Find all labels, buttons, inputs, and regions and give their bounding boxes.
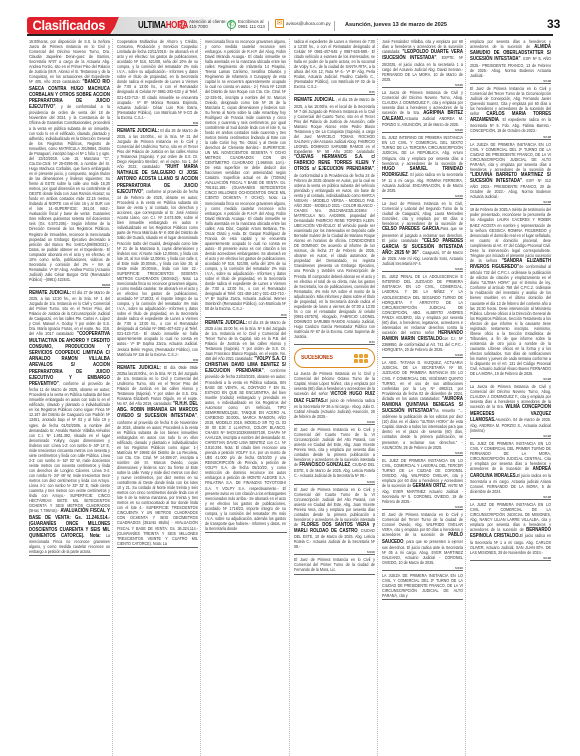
- notice-code: [205, 532, 286, 533]
- notice-code: S/198: [470, 556, 551, 561]
- column-1: 15:00horas, por disposición de S.S. la S…: [29, 39, 113, 756]
- notice-text: La Juez de Primera Instancia en lo Civil…: [382, 201, 463, 226]
- notice-text: EL JUEZ INTERINO DE PRIMERA INSTANCIA EN…: [382, 135, 463, 165]
- notice-code: S/198: [382, 505, 463, 510]
- legal-notice: REMATE JUDICIAL: El día 26 de Marzo de 2…: [117, 128, 198, 358]
- legal-notice: El Juez de Primera Instancia en lo Civil…: [294, 487, 375, 551]
- legal-notice: LA JUEZ DE PRIMERA INSTANCIA EN LO CIVIL…: [470, 502, 551, 556]
- notice-code: S/198: [294, 480, 375, 485]
- notice-text: ha resuelto "... ordénese la publicación…: [382, 408, 463, 449]
- notice-title: GERMAN ORTIZ: [412, 483, 445, 489]
- notice-text: El Juez de Primera Instancia en lo Civil…: [294, 487, 375, 527]
- notice-code: R30: [117, 121, 198, 126]
- legal-notice: El Juez de Primera Instancia en lo Civil…: [294, 557, 375, 573]
- page-number: 33: [547, 17, 560, 31]
- notice-text: LA JUEZA DE PRIMERA INSTANCIA EN LO CIVI…: [382, 573, 463, 598]
- notice-title: FRANCISCO GONZALEZ: [299, 462, 350, 468]
- legal-notice: La Jueza de Primera Instancia en lo Civi…: [294, 371, 375, 420]
- notice-code: R30: [294, 340, 375, 345]
- notice-code: S/198: [382, 353, 463, 358]
- classifieds-columns: 15:00horas, por disposición de S.S. la S…: [29, 39, 553, 756]
- legal-notice: LA JUEZA DE PRIMERA INSTANCIA EN LO CIVI…: [470, 142, 551, 201]
- logo-ultima: ULTIMA: [138, 20, 166, 31]
- legal-notice: El Juez de Primera Instancia en lo Civil…: [382, 512, 463, 566]
- legal-notice: emplaza por sesenta días a herederos y a…: [470, 39, 551, 79]
- legal-notice: El Juez de Primera Instancia en lo Civil…: [470, 86, 551, 135]
- contact-phone: ✆ Atención al cliente:415 7000: [178, 19, 227, 29]
- column-6: emplaza por sesenta días a herederos y a…: [470, 39, 553, 756]
- notice-text: 19 de Febrero de 2025 A mérito de testim…: [470, 207, 551, 262]
- notice-text: LA ABG. TATIANA D. VAZQUEZ, ACTUARIA JUD…: [382, 360, 463, 400]
- notice-text: El día 24 de Marzo de 2025 a las 15:00 h…: [205, 320, 286, 361]
- notice-code: S/198: [382, 451, 463, 456]
- notice-code: S/198: [382, 83, 463, 88]
- column-3: mencionada finca no reconoce gravamen al…: [205, 39, 289, 756]
- notice-code: [294, 574, 375, 575]
- notice-text: Cooperativa Multiactiva de Ahorro y Créd…: [117, 39, 198, 120]
- legal-notice: La Jueza de Primera Instancia de Civil y…: [470, 384, 551, 434]
- legal-notice: La Jueza de Primera Instancia de Civil y…: [382, 90, 463, 129]
- notice-text: , y de conformidad a la providencia de o…: [29, 104, 110, 282]
- legal-notice: 19 de Febrero de 2025 A mérito de testim…: [470, 207, 551, 377]
- notice-code: [382, 599, 463, 600]
- notice-code: R30: [117, 358, 198, 363]
- notice-code: REM2: [29, 283, 110, 288]
- notice-code: S/198: [470, 79, 551, 84]
- legal-notice: REMATE JUDICIAL: El día 24 de Marzo de 2…: [205, 320, 286, 532]
- notice-text: LA JUEZA DE PRIMERA INSTANCIA EN LO CIVI…: [470, 142, 551, 172]
- notice-text: El día 27 de Marzo de 2025, a las 13:30 …: [29, 290, 110, 336]
- issue-date: Asunción, jueves 13 de marzo de 2025: [345, 22, 447, 28]
- notice-code: S/198: [382, 194, 463, 199]
- legal-notice: REMATE JUDICIAL , el día 25 de Marzo de …: [294, 97, 375, 340]
- notice-text: , conforme al proveído de fecha 5 de Nov…: [117, 413, 198, 545]
- notice-text: EL JUEZ PENAL DE LA ADOLESCENCIA E INTER…: [382, 274, 463, 335]
- notice-text: de conformidad al artículo 732 del C.P.C…: [470, 264, 551, 376]
- notice-code: S/198: [470, 135, 551, 140]
- notice-code: S/198: [470, 200, 551, 205]
- legal-notice: LA JUEZA DE PRIMERA INSTANCIA EN LO CIVI…: [382, 573, 463, 599]
- notice-code: S/198: [294, 420, 375, 425]
- notice-code: R30: [205, 313, 286, 318]
- column-4: radica el expediente de Lunes a Viernes …: [294, 39, 378, 756]
- notice-text: El día 26 de Marzo de 2025, a las 15:00h…: [117, 128, 198, 169]
- notice-text: , conforme proveído de fecha 21/02/2025,…: [205, 368, 286, 531]
- legal-notice: 15:00horas, por disposición de S.S. la S…: [29, 39, 110, 283]
- column-5: José Fernández Villalba, cita y emplaza …: [382, 39, 466, 756]
- notice-code: [29, 555, 110, 556]
- legal-notice: El Juez de Primera Instancia en lo Civil…: [294, 427, 375, 480]
- legal-notice: REMATE JUDICIAL: El día 09de 09de 2025a …: [117, 365, 198, 547]
- notice-code: R30: [294, 90, 375, 95]
- legal-notice: EL JUEZ INTERINO DE PRIMERA INSTANCIA EN…: [382, 135, 463, 194]
- notice-title: "COOPERATIVA MULTIACTIVA DE AHORRO Y CRE…: [29, 331, 110, 387]
- column-2: Cooperativa Multiactiva de Ahorro y Créd…: [117, 39, 201, 756]
- family-tree-icon: [354, 354, 368, 363]
- envelope-icon: ✉: [275, 19, 284, 28]
- contact-whatsapp: ✆ Escribinos al0981 111 013: [227, 19, 265, 29]
- notice-text: , conforme al proveído de fecha 11 de Ma…: [29, 381, 110, 513]
- notice-code: S/198: [470, 495, 551, 500]
- notice-text: El día 09de 09de 2025a las15:00hs., en l…: [117, 365, 198, 406]
- page-header: Clasificados ULTIMAHORA ✆ Atención al cl…: [0, 0, 580, 32]
- legal-notice: REMATE JUDICIAL: El día 27 de Marzo de 2…: [29, 290, 110, 555]
- legal-notice: EL JUEZ DE PRIMERA INSTANCIA EN LO CIVIL…: [470, 441, 551, 495]
- phone-icon: ✆: [178, 20, 187, 29]
- sucesiones-banner: SUCESIONES: [294, 348, 375, 368]
- legal-notice: José Fernández Villalba, cita y emplaza …: [382, 39, 463, 83]
- header-rule: [27, 34, 553, 36]
- notice-text: , el día 25 de Marzo de 2025, a las 15:0…: [294, 97, 375, 153]
- notice-code: S/198: [382, 128, 463, 133]
- notice-text: mencionada finca no reconoce gravamen al…: [205, 39, 286, 311]
- notice-code: S/198: [294, 550, 375, 555]
- legal-notice: EL JUEZ DE PRIMERA INSTANCIA EN LO CIVIL…: [382, 458, 463, 506]
- contact-email: ✉ avisos@uhora.com.py: [275, 19, 331, 28]
- notice-code: S/198: [470, 434, 551, 439]
- notice-text: 15:00horas, por disposición de S.S. la S…: [29, 39, 110, 84]
- section-title: Clasificados: [27, 17, 122, 34]
- whatsapp-icon: ✆: [227, 20, 236, 29]
- notice-code: S/198: [382, 267, 463, 272]
- legal-notice: Cooperativa Multiactiva de Ahorro y Créd…: [117, 39, 198, 121]
- notice-title: "CUEVAS HERMANOS S.A. c/ FABRICIO RENE T…: [294, 154, 375, 172]
- notice-code: [117, 547, 198, 548]
- notice-text: El Juez de Primera Instancia en lo Civil…: [294, 427, 375, 467]
- notice-code: S/198: [382, 566, 463, 571]
- legal-notice: EL JUEZ PENAL DE LA ADOLESCENCIA E INTER…: [382, 274, 463, 353]
- legal-notice: LA ABG. TATIANA D. VAZQUEZ, ACTUARIA JUD…: [382, 360, 463, 450]
- notice-text: , de conformidad a la Providencia de fec…: [294, 166, 375, 339]
- legal-notice: La Juez de Primera Instancia en lo Civil…: [382, 201, 463, 267]
- legal-notice: radica el expediente de Lunes a Viernes …: [294, 39, 375, 90]
- notice-title: CELSO PAREDES GARCIA.: [382, 226, 440, 232]
- notice-code: S/198: [470, 377, 551, 382]
- legal-notice: mencionada finca no reconoce gravamen al…: [205, 39, 286, 313]
- sucesiones-label: SUCESIONES: [301, 355, 333, 361]
- notice-text: , conforme al proveído de fecha 14 de Fe…: [117, 189, 198, 357]
- notice-text: radica el expediente de Lunes a Viernes …: [294, 39, 375, 89]
- notice-text: El Juez de Primera Instancia en lo Civil…: [294, 557, 375, 572]
